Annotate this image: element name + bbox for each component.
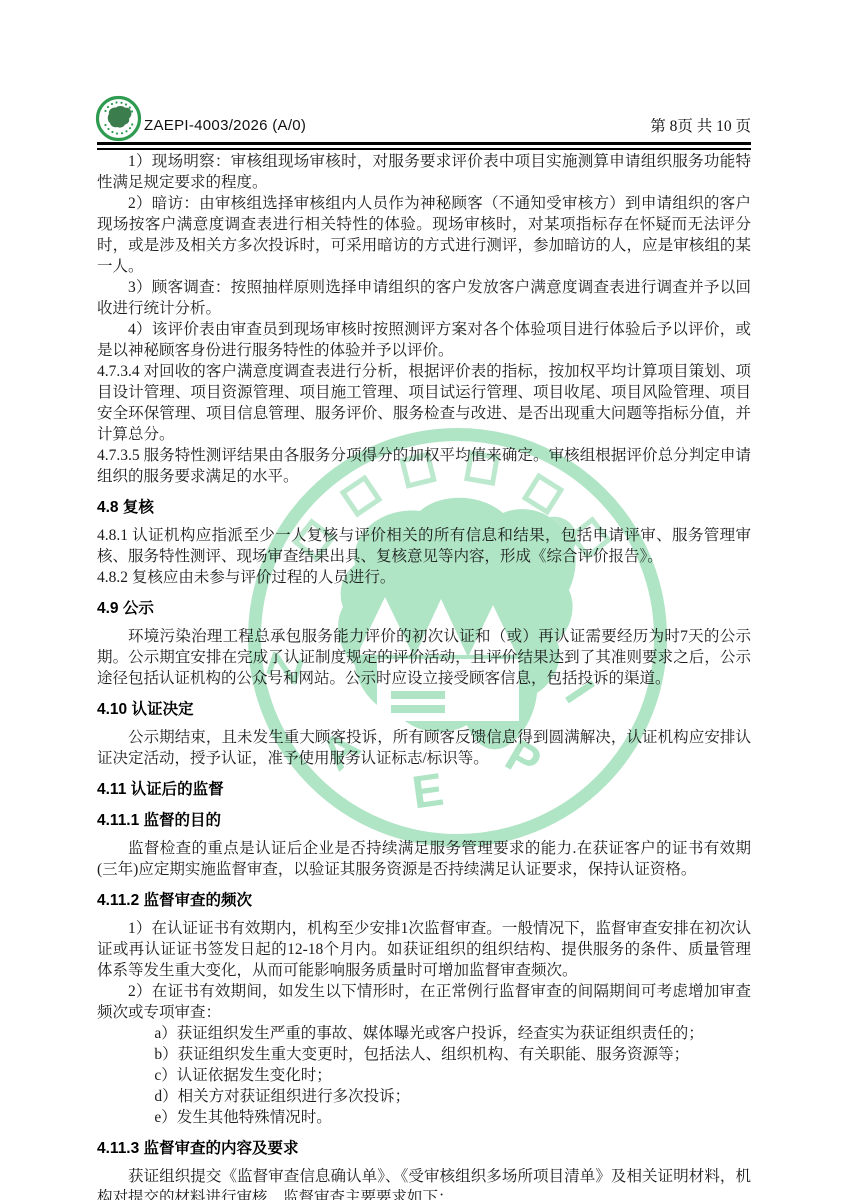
paragraph-frequency-2: 2）在证书有效期间，如发生以下情形时，在正常例行监督审查的间隔期间可考虑增加审查… [97, 981, 751, 1023]
paragraph-cert-decision: 公示期结束，且未发生重大顾客投诉，所有顾客反馈信息得到圆满解决，认证机构应安排认… [97, 727, 751, 769]
page-number: 第 8页 共 10 页 [650, 114, 751, 136]
list-item-c: c）认证依据发生变化时； [97, 1065, 751, 1086]
clause-4-8-1: 4.8.1 认证机构应指派至少一人复核与评价相关的所有信息和结果，包括申请评审、… [97, 525, 751, 567]
heading-4-8: 4.8 复核 [97, 497, 751, 518]
header-rule [97, 142, 751, 150]
paragraph-field-observation: 1）现场明察：审核组现场审核时，对服务要求评价表中项目实施测算申请组织服务功能特… [97, 151, 751, 193]
paragraph-supervision-req: 获证组织提交《监督审查信息确认单》、《受审核组织多场所项目清单》及相关证明材料，… [97, 1166, 751, 1200]
paragraph-public-notice: 环境污染治理工程总承包服务能力评价的初次认证和（或）再认证需要经历为时7天的公示… [97, 626, 751, 689]
list-item-a: a）获证组织发生严重的事故、媒体曝光或客户投诉，经查实为获证组织责任的； [97, 1023, 751, 1044]
paragraph-supervision-aim: 监督检查的重点是认证后企业是否持续满足服务管理要求的能力.在获证客户的证书有效期… [97, 838, 751, 880]
paragraph-evaluation-form: 4）该评价表由审查员到现场审核时按照测评方案对各个体验项目进行体验后予以评价，或… [97, 319, 751, 361]
doc-number: ZAEPI-4003/2026 (A/0) [144, 117, 306, 134]
heading-4-11: 4.11 认证后的监督 [97, 779, 751, 800]
heading-4-9: 4.9 公示 [97, 598, 751, 619]
heading-4-11-2: 4.11.2 监督审查的频次 [97, 890, 751, 911]
heading-4-10: 4.10 认证决定 [97, 699, 751, 720]
clause-4-7-3-5: 4.7.3.5 服务特性测评结果由各服务分项得分的加权平均值来确定。审核组根据评… [97, 445, 751, 487]
list-item-e: e）发生其他特殊情况时。 [97, 1107, 751, 1128]
paragraph-mystery-visit: 2）暗访：由审核组选择审核组内人员作为神秘顾客（不通知受审核方）到申请组织的客户… [97, 193, 751, 277]
clause-4-7-3-4: 4.7.3.4 对回收的客户满意度调查表进行分析，根据评价表的指标，按加权平均计… [97, 361, 751, 445]
list-item-d: d）相关方对获证组织进行多次投诉； [97, 1086, 751, 1107]
document-body: 1）现场明察：审核组现场审核时，对服务要求评价表中项目实施测算申请组织服务功能特… [97, 151, 751, 1200]
org-logo-icon [95, 95, 142, 142]
document-page: Z A E P I ZAEPI-4003/2026 (A/0) 第 8页 共 1… [0, 0, 848, 1200]
heading-4-11-1: 4.11.1 监督的目的 [97, 810, 751, 831]
clause-4-8-2: 4.8.2 复核应由未参与评价过程的人员进行。 [97, 567, 751, 588]
paragraph-customer-survey: 3）顾客调查：按照抽样原则选择申请组织的客户发放客户满意度调查表进行调查并予以回… [97, 277, 751, 319]
list-item-b: b）获证组织发生重大变更时，包括法人、组织机构、有关职能、服务资源等； [97, 1044, 751, 1065]
heading-4-11-3: 4.11.3 监督审查的内容及要求 [97, 1138, 751, 1159]
paragraph-frequency-1: 1）在认证证书有效期内，机构至少安排1次监督审查。一般情况下，监督审查安排在初次… [97, 918, 751, 981]
